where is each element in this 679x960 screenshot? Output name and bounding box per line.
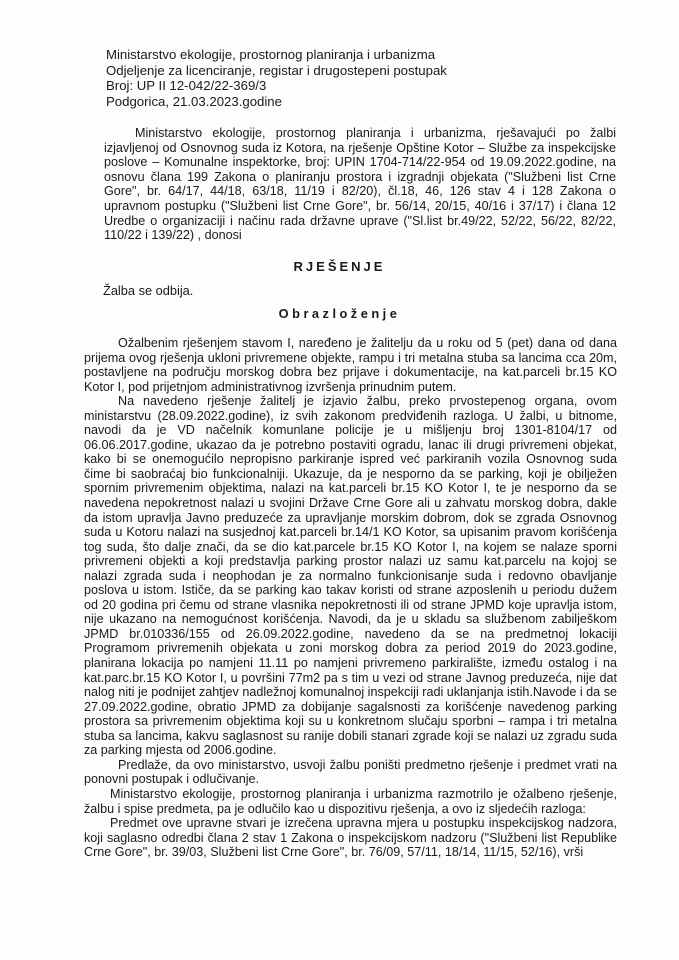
reasoning-section: Ožalbenim rješenjem stavom I, naređeno j… [84,336,617,860]
decision-title: RJEŠENJE [0,259,679,274]
reasoning-paragraph: Predlaže, da ovo ministarstvo, usvoji ža… [84,758,617,787]
document-header: Ministarstvo ekologije, prostornog plani… [106,47,447,109]
decision-text: Žalba se odbija. [103,283,193,298]
intro-paragraph: Ministarstvo ekologije, prostornog plani… [104,126,616,243]
reasoning-paragraph: Predmet ove upravne stvari je izrečena u… [84,816,617,860]
reasoning-paragraph: Ministarstvo ekologije, prostornog plani… [84,787,617,816]
reasoning-title: Obrazloženje [0,306,679,321]
ministry-name: Ministarstvo ekologije, prostornog plani… [106,47,447,63]
reasoning-paragraph: Ožalbenim rješenjem stavom I, naređeno j… [84,336,617,394]
reasoning-paragraph: Na navedeno rješenje žalitelj je izjavio… [84,394,617,758]
case-number: Broj: UP II 12-042/22-369/3 [106,78,447,94]
department-name: Odjeljenje za licenciranje, registar i d… [106,63,447,79]
place-date: Podgorica, 21.03.2023.godine [106,94,447,110]
intro-section: Ministarstvo ekologije, prostornog plani… [104,126,616,243]
document-page: Ministarstvo ekologije, prostornog plani… [0,0,679,960]
